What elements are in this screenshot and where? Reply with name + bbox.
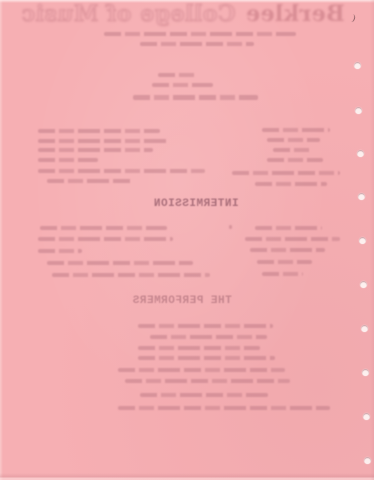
binder-holes-column — [0, 0, 374, 480]
binder-hole — [359, 237, 366, 244]
binder-hole — [354, 62, 361, 69]
binder-hole — [361, 325, 368, 332]
binder-hole — [360, 281, 367, 288]
paper-edge-left — [0, 0, 3, 480]
paper-edge-bottom — [0, 473, 374, 480]
binder-hole — [363, 413, 370, 420]
scanned-page: Berklee College of Music INTERMISSION TH… — [0, 0, 374, 480]
binder-hole — [355, 107, 362, 114]
paper-edge-right — [370, 0, 374, 480]
binder-hole — [362, 369, 369, 376]
binder-hole — [357, 150, 364, 157]
paper-edge-top — [0, 0, 374, 3]
binder-hole — [358, 193, 365, 200]
